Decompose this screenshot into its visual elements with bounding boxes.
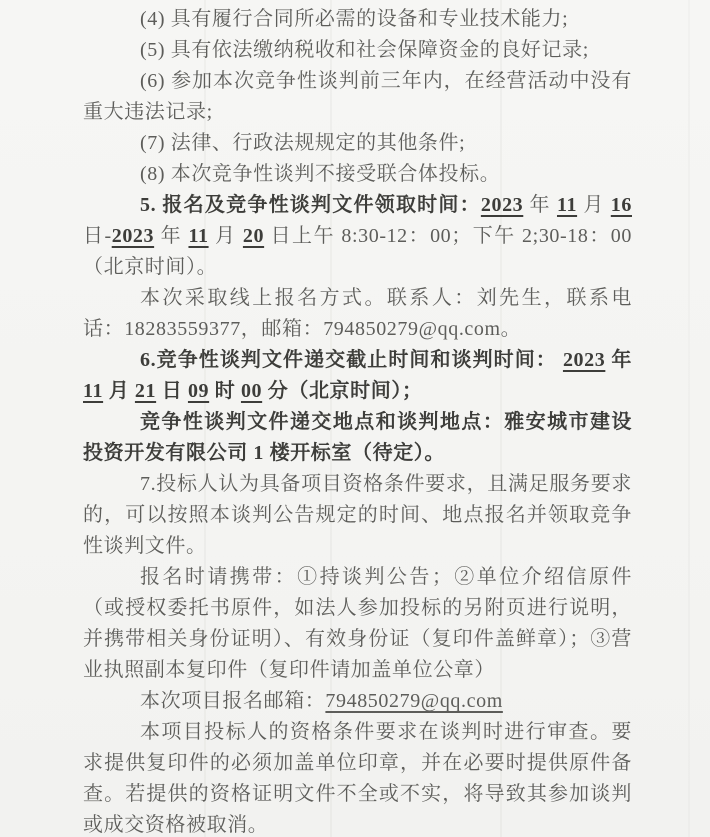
- para-registration-materials: 报名时请携带：①持谈判公告；②单位介绍信原件（或授权委托书原件，如法人参加投标的…: [83, 562, 632, 686]
- scanned-document-page: (4) 具有履行合同所必需的设备和专业技术能力;(5) 具有依法缴纳税收和社会保…: [0, 0, 710, 837]
- para-registration-email-run-0: 本次项目报名邮箱：: [140, 690, 325, 712]
- para-submission-deadline: 6.竞争性谈判文件递交截止时间和谈判时间： 2023 年 11 月 21 日 0…: [83, 345, 632, 407]
- para-registration-time-run-2: 年: [523, 194, 557, 216]
- clause-item-5-run-0: (5) 具有依法缴纳税收和社会保障资金的良好记录;: [140, 39, 589, 61]
- para-registration-time: 5. 报名及竞争性谈判文件领取时间：2023 年 11 月 16 日-2023 …: [83, 190, 632, 283]
- document-body: (4) 具有履行合同所必需的设备和专业技术能力;(5) 具有依法缴纳税收和社会保…: [83, 4, 632, 837]
- para-registration-time-run-7: 2023: [112, 225, 154, 247]
- para-registration-time-run-8: 年: [154, 225, 188, 247]
- para-registration-time-run-6: 日-: [83, 225, 112, 247]
- para-registration-email-run-1: 794850279@qq.com: [325, 690, 502, 712]
- para-submission-deadline-run-10: 分（北京时间）；: [262, 380, 422, 402]
- clause-item-8: (8) 本次竞争性谈判不接受联合体投标。: [83, 159, 632, 190]
- para-submission-location: 竞争性谈判文件递交地点和谈判地点：雅安城市建设投资开发有限公司 1 楼开标室（待…: [83, 407, 632, 469]
- para-contact-info: 本次采取线上报名方式。联系人：刘先生，联系电话：18283559377，邮箱：7…: [83, 283, 632, 345]
- para-qualification-review-run-0: 本项目投标人的资格条件要求在谈判时进行审查。要求提供复印件的必须加盖单位印章，并…: [83, 721, 632, 836]
- para-submission-deadline-run-8: 时: [209, 380, 241, 402]
- clause-item-7-run-0: (7) 法律、行政法规规定的其他条件;: [140, 132, 465, 154]
- para-submission-deadline-run-2: 年: [605, 349, 632, 371]
- para-eligibility-note: 7.投标人认为具备项目资格条件要求，且满足服务要求的，可以按照本谈判公告规定的时…: [83, 469, 632, 562]
- para-registration-time-run-0: 5. 报名及竞争性谈判文件领取时间：: [140, 194, 481, 216]
- para-submission-deadline-run-6: 日: [156, 380, 188, 402]
- clause-item-5: (5) 具有依法缴纳税收和社会保障资金的良好记录;: [83, 35, 632, 66]
- para-submission-deadline-run-7: 09: [188, 380, 209, 402]
- clause-item-4: (4) 具有履行合同所必需的设备和专业技术能力;: [83, 4, 632, 35]
- para-registration-time-run-10: 月: [209, 225, 243, 247]
- para-eligibility-note-run-0: 7.投标人认为具备项目资格条件要求，且满足服务要求的，可以按照本谈判公告规定的时…: [83, 473, 632, 557]
- clause-item-6-run-0: (6) 参加本次竞争性谈判前三年内，在经营活动中没有重大违法记录;: [83, 70, 632, 123]
- para-submission-deadline-run-0: 6.竞争性谈判文件递交截止时间和谈判时间：: [140, 349, 563, 371]
- clause-item-8-run-0: (8) 本次竞争性谈判不接受联合体投标。: [140, 163, 500, 185]
- para-registration-time-run-4: 月: [577, 194, 611, 216]
- clause-item-4-run-0: (4) 具有履行合同所必需的设备和专业技术能力;: [140, 8, 568, 30]
- para-submission-deadline-run-4: 月: [103, 380, 135, 402]
- clause-item-6: (6) 参加本次竞争性谈判前三年内，在经营活动中没有重大违法记录;: [83, 66, 632, 128]
- scan-streak: [688, 0, 690, 837]
- clause-item-7: (7) 法律、行政法规规定的其他条件;: [83, 128, 632, 159]
- para-registration-materials-run-0: 报名时请携带：①持谈判公告；②单位介绍信原件（或授权委托书原件，如法人参加投标的…: [83, 566, 632, 681]
- para-registration-time-run-1: 2023: [481, 194, 523, 216]
- para-submission-deadline-run-9: 00: [241, 380, 262, 402]
- para-submission-deadline-run-5: 21: [135, 380, 156, 402]
- para-registration-time-run-11: 20: [243, 225, 264, 247]
- para-qualification-review: 本项目投标人的资格条件要求在谈判时进行审查。要求提供复印件的必须加盖单位印章，并…: [83, 717, 632, 837]
- para-registration-time-run-9: 11: [188, 225, 208, 247]
- para-registration-time-run-3: 11: [557, 194, 577, 216]
- para-submission-location-run-0: 竞争性谈判文件递交地点和谈判地点：雅安城市建设投资开发有限公司 1 楼开标室（待…: [83, 411, 632, 464]
- para-contact-info-run-0: 本次采取线上报名方式。联系人：刘先生，联系电话：18283559377，邮箱：7…: [83, 287, 632, 340]
- para-submission-deadline-run-1: 2023: [563, 349, 605, 371]
- para-submission-deadline-run-3: 11: [83, 380, 103, 402]
- para-registration-time-run-5: 16: [611, 194, 632, 216]
- para-registration-email: 本次项目报名邮箱：794850279@qq.com: [83, 686, 632, 717]
